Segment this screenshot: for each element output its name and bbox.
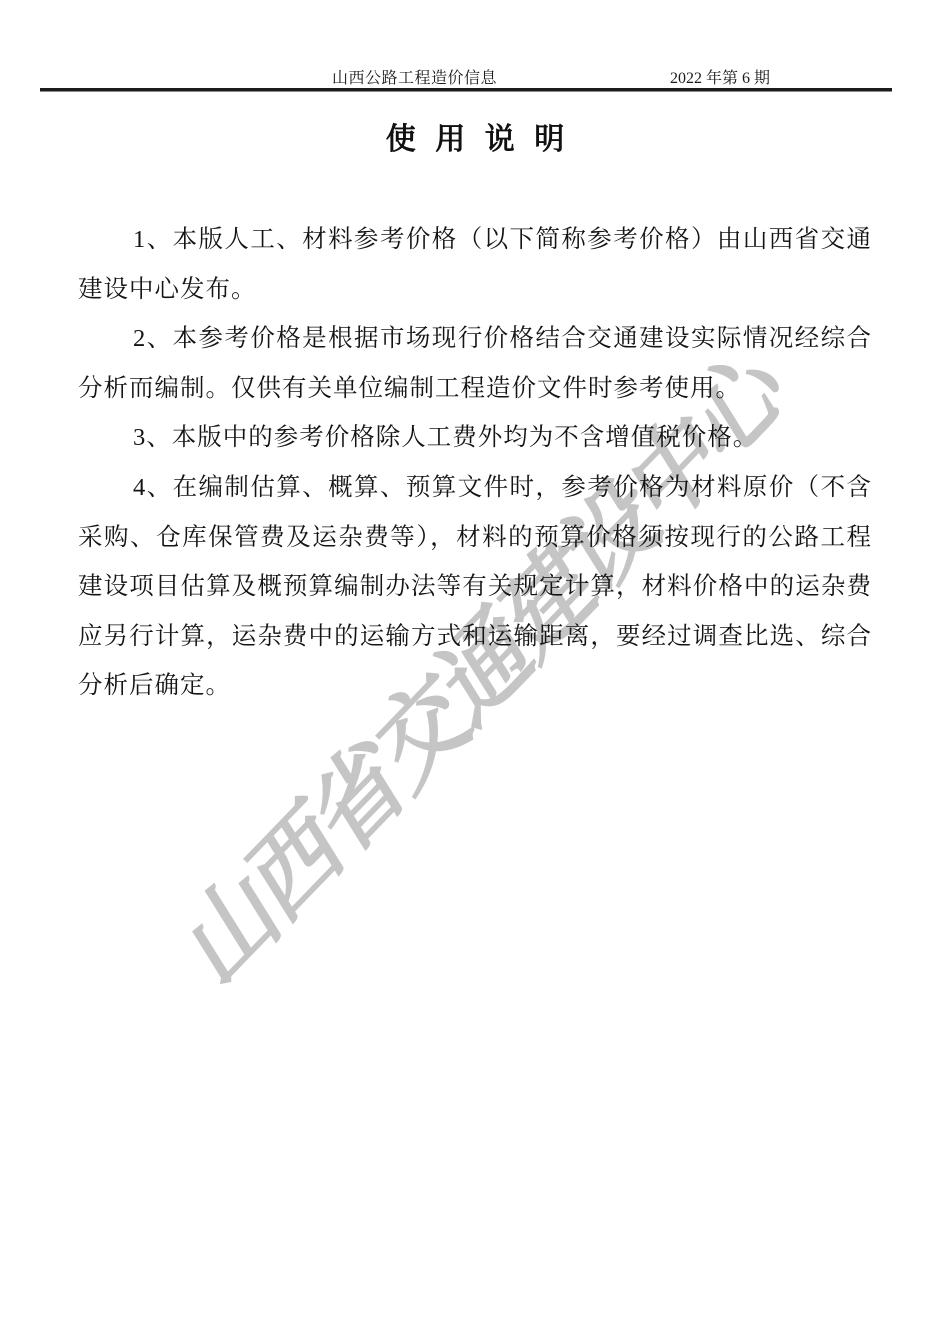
paragraph-1: 1、本版人工、材料参考价格（以下简称参考价格）由山西省交通建设中心发布。 [78,215,872,314]
document-body: 1、本版人工、材料参考价格（以下简称参考价格）由山西省交通建设中心发布。 2、本… [78,215,872,711]
document-page: 山西省交通建设中心 山西公路工程造价信息 2022 年第 6 期 使 用 说 明… [0,0,950,1344]
paragraph-3: 3、本版中的参考价格除人工费外均为不含增值税价格。 [78,413,872,463]
paragraph-4: 4、在编制估算、概算、预算文件时，参考价格为材料原价（不含采购、仓库保管费及运杂… [78,463,872,711]
header-issue-label: 2022 年第 6 期 [670,68,770,90]
page-header: 山西公路工程造价信息 2022 年第 6 期 [0,68,950,90]
header-rule [40,88,892,92]
header-journal-title: 山西公路工程造价信息 [332,68,497,90]
page-title: 使 用 说 明 [0,114,950,158]
paragraph-2: 2、本参考价格是根据市场现行价格结合交通建设实际情况经综合分析而编制。仅供有关单… [78,314,872,413]
